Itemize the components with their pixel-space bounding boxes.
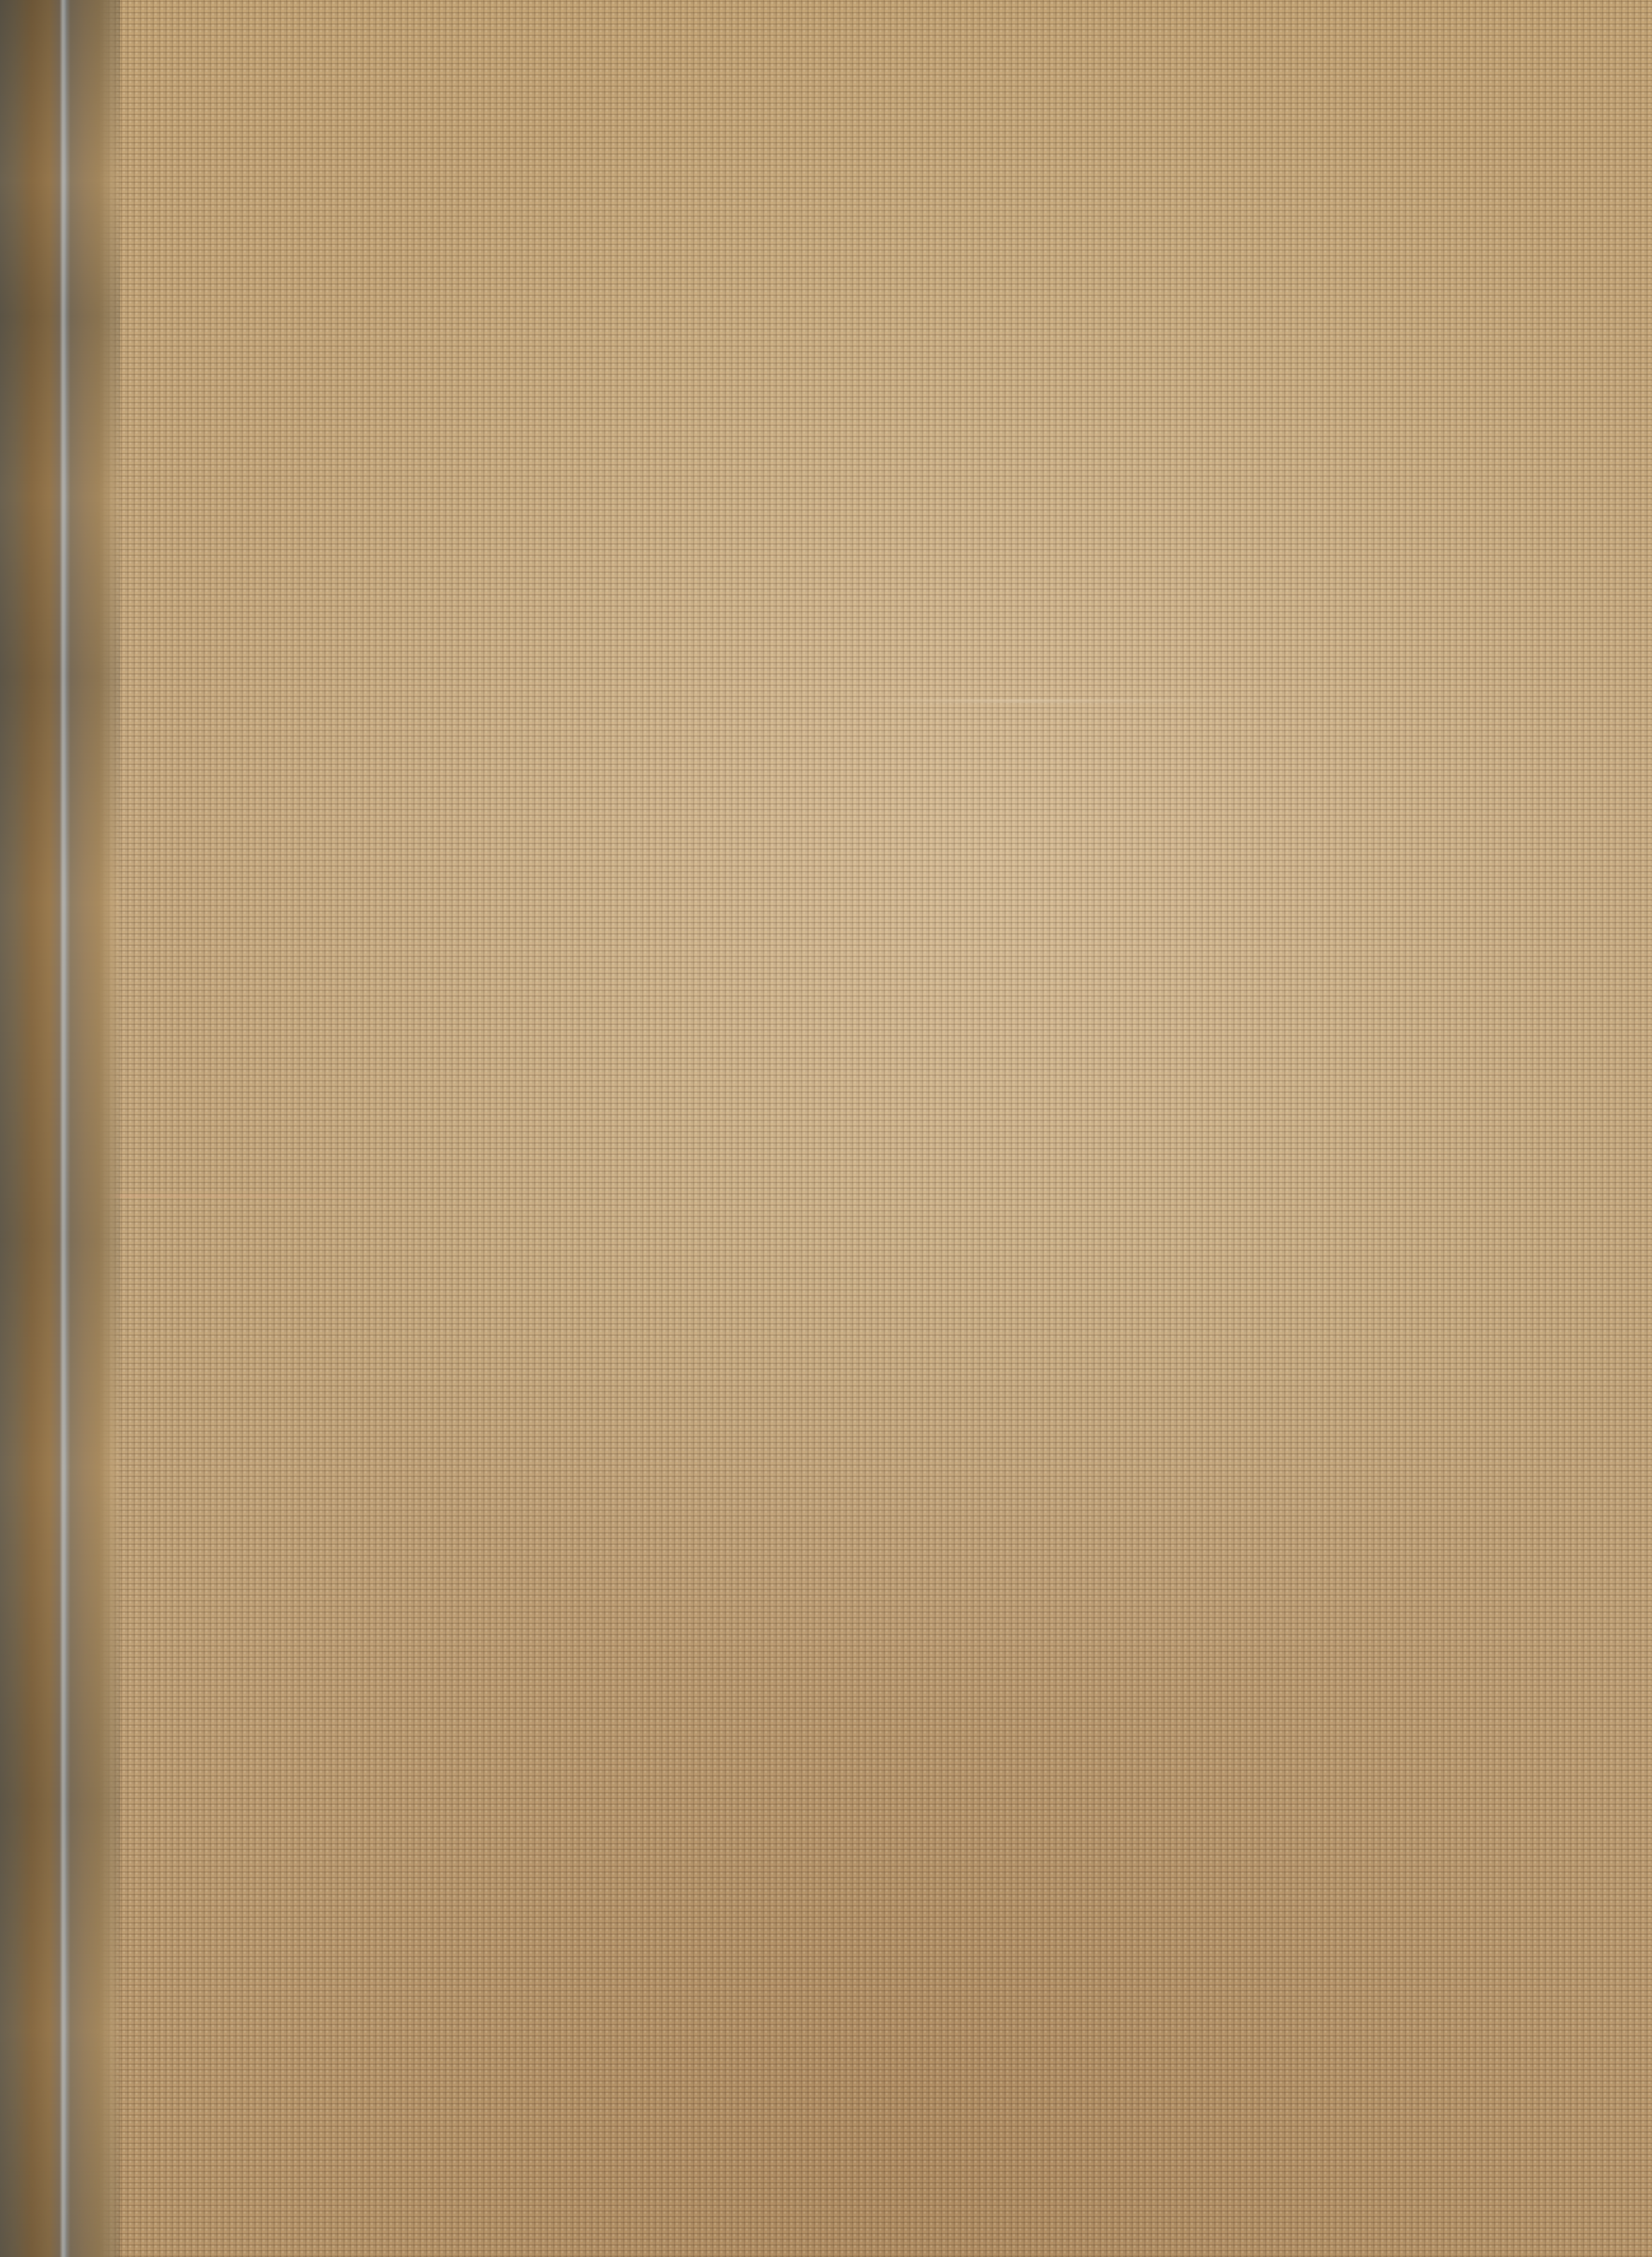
book-cover-photo — [0, 0, 1652, 2257]
spine-hinge-edge — [59, 0, 66, 2257]
cloth-fold-line — [848, 699, 1271, 703]
thread-highlight-texture — [0, 0, 1652, 2257]
